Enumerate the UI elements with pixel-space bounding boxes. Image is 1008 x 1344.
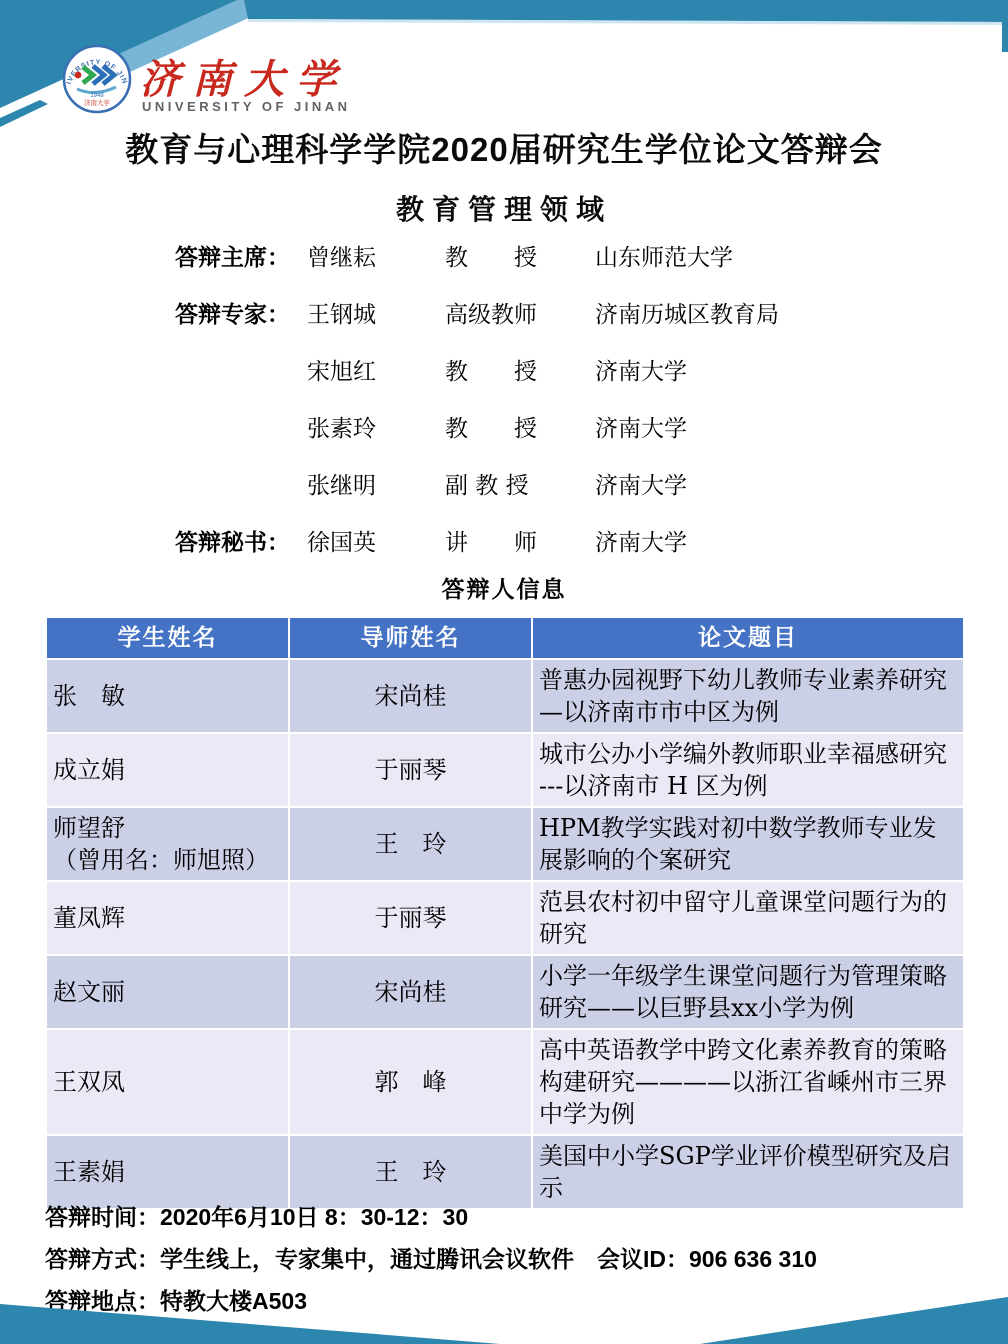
advisor-name: 宋尚桂 [289,955,532,1029]
committee-member-name: 张素玲 [307,414,445,444]
student-name: 王素娟 [46,1135,289,1209]
defense-location-label: 答辩地点： [45,1288,160,1314]
defense-announcement-poster: UNIVERSITY OF JINAN 1948 济南大学 济南大学 UNIVE… [0,0,1008,1344]
committee-member-title: 教 授 [445,243,595,273]
seal-year: 1948 [90,93,104,99]
university-name-english: UNIVERSITY OF JINAN [142,99,351,114]
field-subtitle: 教育管理领域 [0,188,1008,228]
defenders-table: 学生姓名 导师姓名 论文题目 张 敏 宋尚桂 普惠办园视野下幼儿教师专业素养研究… [45,616,965,1210]
thesis-title: 美国中小学SGP学业评价模型研究及启示 [532,1135,964,1209]
committee-row: 答辩主席： 曾继耘 教 授 山东师范大学 [175,243,855,273]
committee-member-title: 副 教 授 [445,471,595,501]
student-name: 王双凤 [46,1029,289,1135]
thesis-title: 范县农村初中留守儿童课堂问题行为的研究 [532,881,964,955]
committee-member-title: 高级教师 [445,300,595,330]
student-name: 成立娟 [46,733,289,807]
thesis-title: 城市公办小学编外教师职业幸福感研究 ---以济南市 H 区为例 [532,733,964,807]
committee-role-label [175,471,307,501]
thesis-title: 普惠办园视野下幼儿教师专业素养研究 —以济南市市中区为例 [532,659,964,733]
student-name: 赵文丽 [46,955,289,1029]
thesis-title: HPM教学实践对初中数学教师专业发展影响的个案研究 [532,807,964,881]
col-header-thesis: 论文题目 [532,617,964,659]
committee-member-title: 教 授 [445,414,595,444]
committee-member-name: 曾继耘 [307,243,445,273]
student-name: 张 敏 [46,659,289,733]
university-seal-icon: UNIVERSITY OF JINAN 1948 济南大学 [62,44,132,114]
defense-location-value: 特教大楼A503 [160,1288,307,1314]
thesis-title: 小学一年级学生课堂问题行为管理策略研究——以巨野县xx小学为例 [532,955,964,1029]
defense-location-line: 答辩地点：特教大楼A503 [45,1287,975,1315]
advisor-name: 郭 峰 [289,1029,532,1135]
thesis-title: 高中英语教学中跨文化素养教育的策略构建研究————以浙江省嵊州市三界中学为例 [532,1029,964,1135]
committee-member-org: 济南大学 [595,414,855,444]
committee-role-label: 答辩秘书： [175,528,307,558]
committee-member-name: 宋旭红 [307,357,445,387]
committee-row: 宋旭红 教 授 济南大学 [175,357,855,387]
committee-row: 张素玲 教 授 济南大学 [175,414,855,444]
table-row: 董凤辉 于丽琴 范县农村初中留守儿童课堂问题行为的研究 [46,881,964,955]
defense-time-value: 2020年6月10日 8：30-12：30 [160,1204,468,1230]
col-header-student: 学生姓名 [46,617,289,659]
student-name: 董凤辉 [46,881,289,955]
table-row: 师望舒 （曾用名：师旭照） 王 玲 HPM教学实践对初中数学教师专业发展影响的个… [46,807,964,881]
table-row: 王素娟 王 玲 美国中小学SGP学业评价模型研究及启示 [46,1135,964,1209]
col-header-advisor: 导师姓名 [289,617,532,659]
defense-time-line: 答辩时间：2020年6月10日 8：30-12：30 [45,1203,975,1231]
university-name-calligraphy: 济南大学 [140,48,400,105]
committee-row: 答辩秘书： 徐国英 讲 师 济南大学 [175,528,855,558]
table-header-row: 学生姓名 导师姓名 论文题目 [46,617,964,659]
table-row: 王双凤 郭 峰 高中英语教学中跨文化素养教育的策略构建研究————以浙江省嵊州市… [46,1029,964,1135]
committee-member-title: 讲 师 [445,528,595,558]
advisor-name: 宋尚桂 [289,659,532,733]
committee-role-label [175,414,307,444]
defenders-section-heading: 答辩人信息 [0,571,1008,604]
committee-member-org: 济南大学 [595,471,855,501]
committee-member-org: 山东师范大学 [595,243,855,273]
defense-method-label: 答辩方式： [45,1246,160,1272]
committee-row: 张继明 副 教 授 济南大学 [175,471,855,501]
advisor-name: 于丽琴 [289,733,532,807]
defense-time-label: 答辩时间： [45,1204,160,1230]
committee-member-title: 教 授 [445,357,595,387]
committee-member-name: 徐国英 [307,528,445,558]
committee-member-org: 济南大学 [595,357,855,387]
defense-method-value: 学生线上，专家集中，通过腾讯会议软件 会议ID：906 636 310 [160,1246,817,1272]
committee-role-label: 答辩专家： [175,300,307,330]
committee-member-name: 张继明 [307,471,445,501]
committee-member-org: 济南大学 [595,528,855,558]
student-name: 师望舒 （曾用名：师旭照） [46,807,289,881]
advisor-name: 王 玲 [289,807,532,881]
advisor-name: 于丽琴 [289,881,532,955]
committee-role-label: 答辩主席： [175,243,307,273]
committee-row: 答辩专家： 王钢城 高级教师 济南历城区教育局 [175,300,855,330]
advisor-name: 王 玲 [289,1135,532,1209]
page-title: 教育与心理科学学院2020届研究生学位论文答辩会 [0,124,1008,171]
table-row: 成立娟 于丽琴 城市公办小学编外教师职业幸福感研究 ---以济南市 H 区为例 [46,733,964,807]
committee-role-label [175,357,307,387]
defense-method-line: 答辩方式：学生线上，专家集中，通过腾讯会议软件 会议ID：906 636 310 [45,1245,975,1273]
table-row: 张 敏 宋尚桂 普惠办园视野下幼儿教师专业素养研究 —以济南市市中区为例 [46,659,964,733]
table-row: 赵文丽 宋尚桂 小学一年级学生课堂问题行为管理策略研究——以巨野县xx小学为例 [46,955,964,1029]
defense-details: 答辩时间：2020年6月10日 8：30-12：30 答辩方式：学生线上，专家集… [45,1203,975,1329]
committee-member-name: 王钢城 [307,300,445,330]
committee-member-org: 济南历城区教育局 [595,300,855,330]
seal-bottom-text: 济南大学 [84,98,111,107]
committee-list: 答辩主席： 曾继耘 教 授 山东师范大学 答辩专家： 王钢城 高级教师 济南历城… [175,243,855,585]
